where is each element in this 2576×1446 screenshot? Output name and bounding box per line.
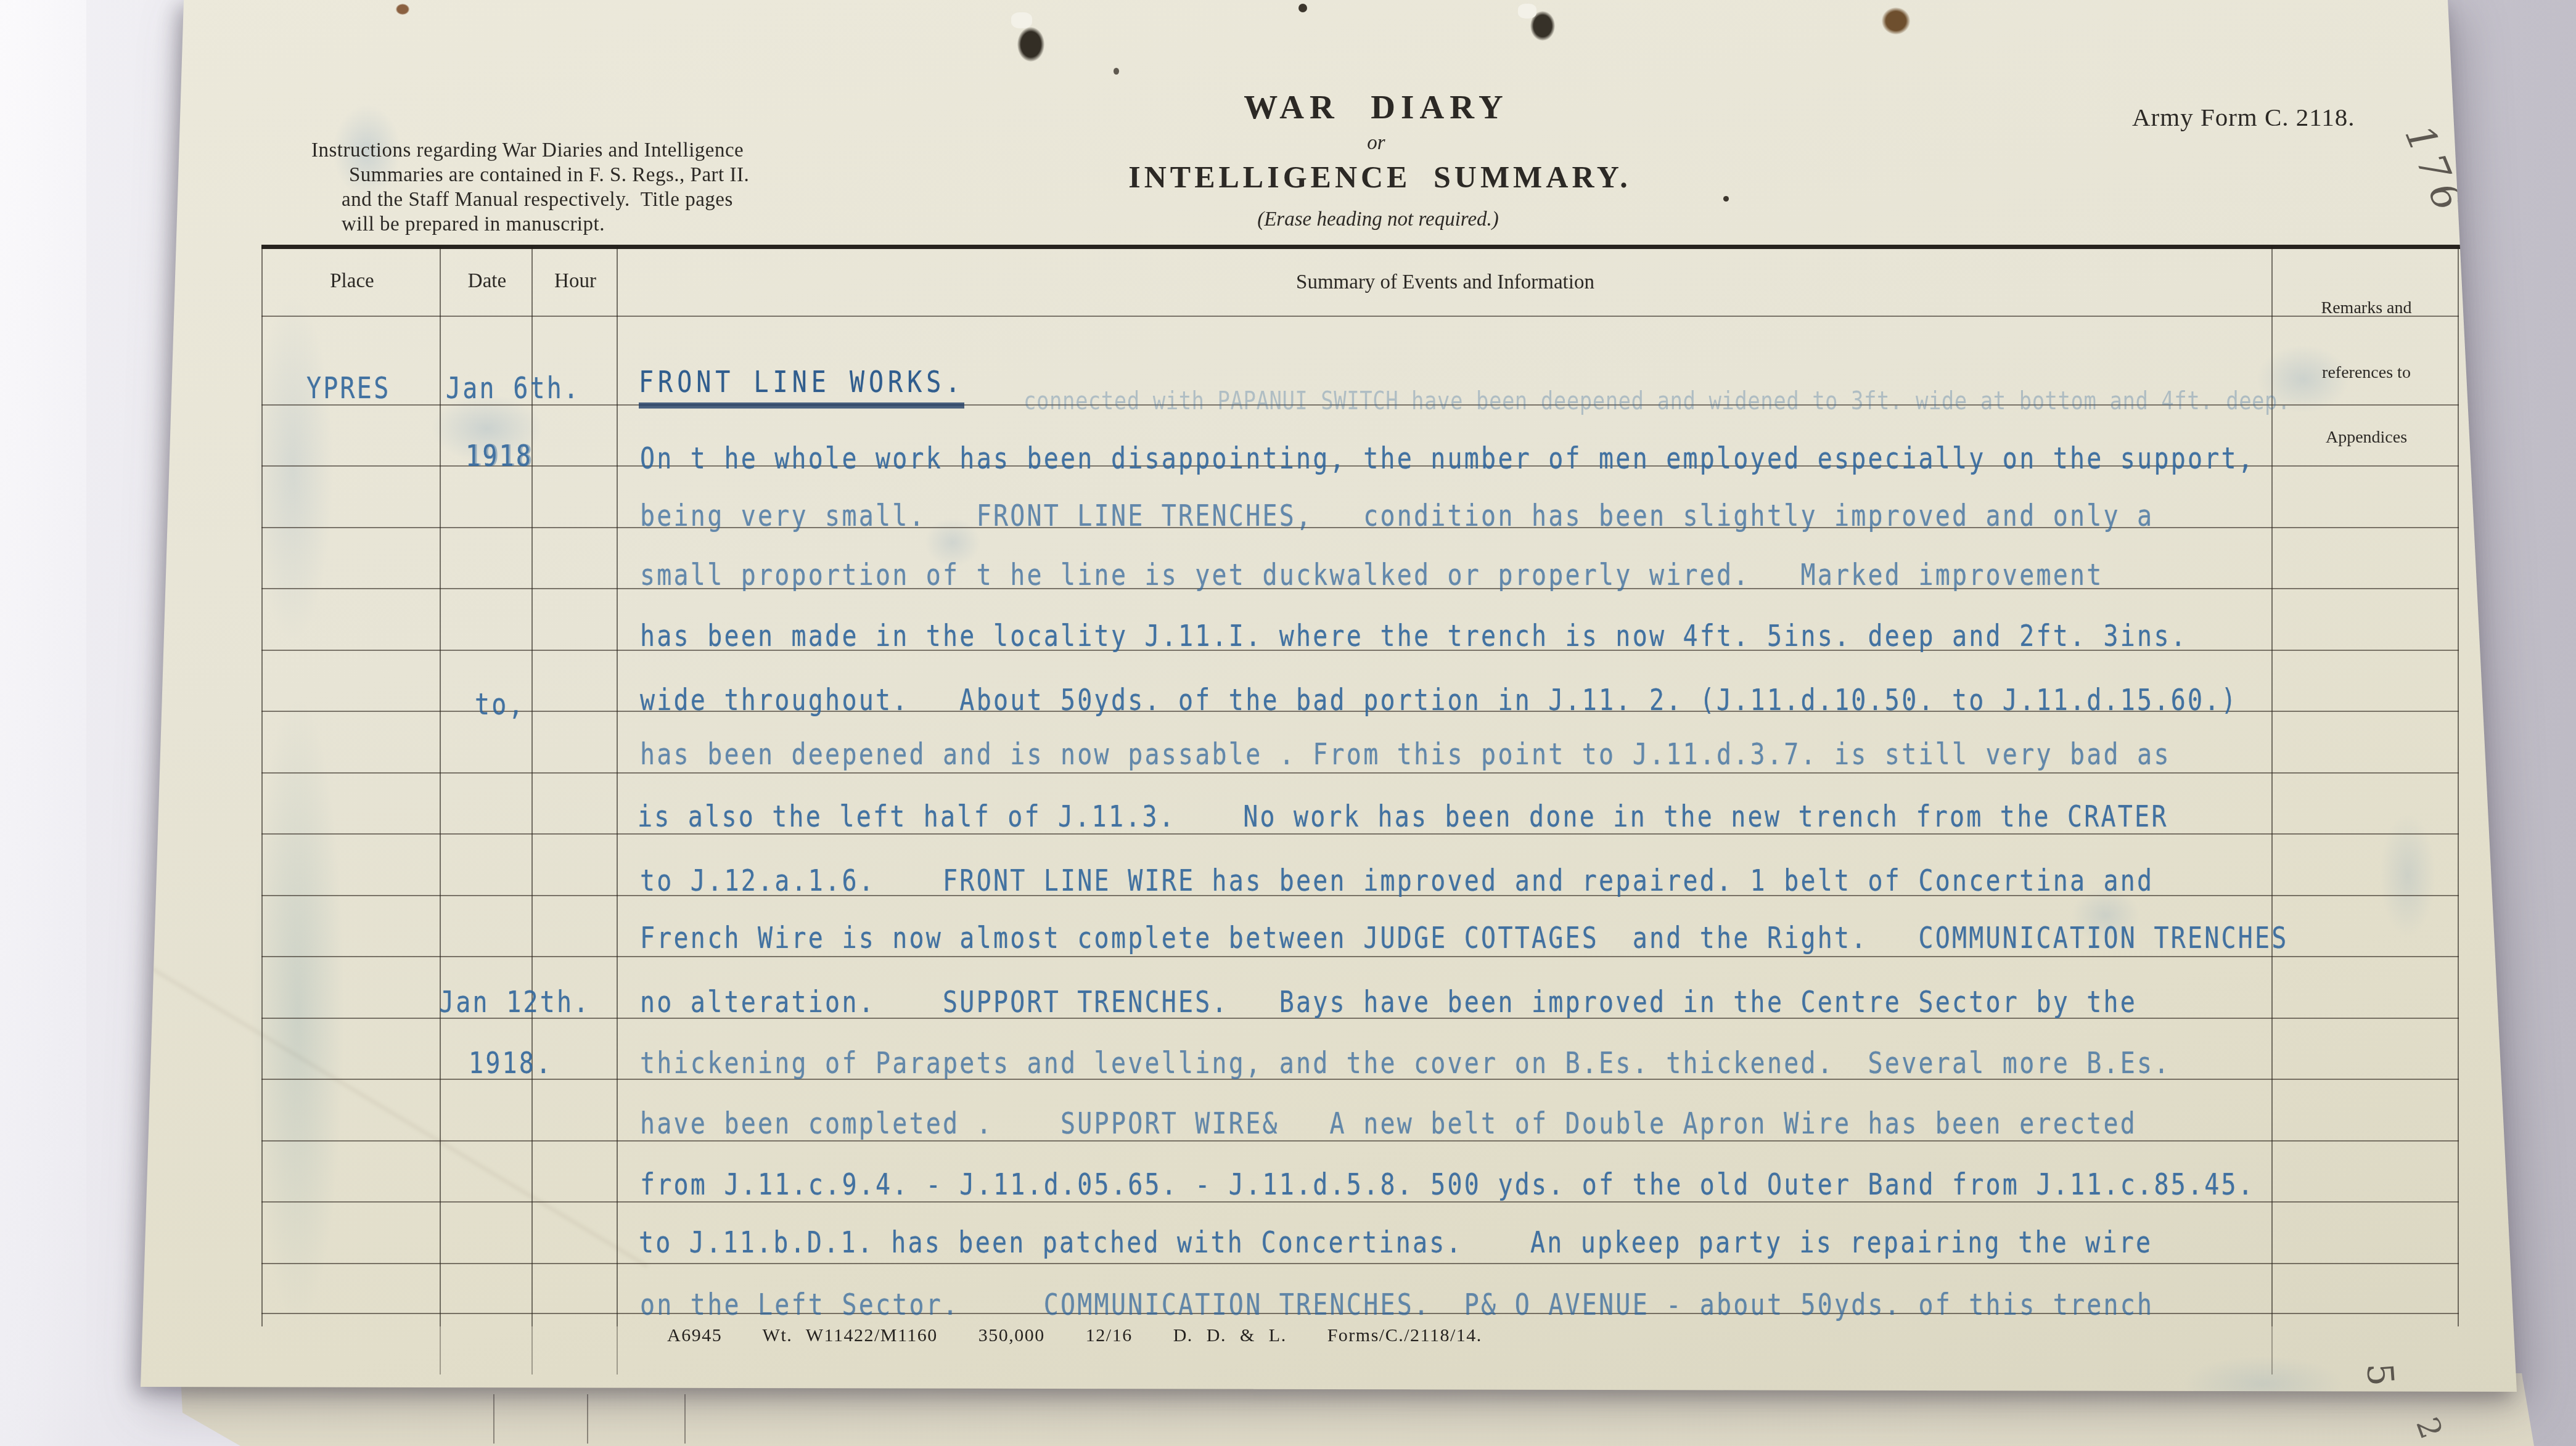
ink-speck bbox=[1298, 4, 1307, 12]
column-header-summary: Summary of Events and Information bbox=[1296, 271, 1594, 294]
entry-line: have been completed . SUPPORT WIRE& A ne… bbox=[640, 1106, 2137, 1141]
date-cell: 1918. bbox=[469, 1046, 552, 1080]
entry-line: wide throughout. About 50yds. of the bad… bbox=[640, 683, 2238, 717]
entry-line: from J.11.c.9.4. - J.11.d.05.65. - J.11.… bbox=[640, 1167, 2255, 1202]
ink-smudge bbox=[253, 296, 333, 641]
column-line-stub bbox=[2271, 1326, 2273, 1375]
row-rule bbox=[261, 1263, 2459, 1264]
paper-tear bbox=[1011, 12, 1032, 28]
carbon-ghost-text: connected with PAPANUI SWITCH have been … bbox=[1023, 386, 2291, 416]
remarks-line: Remarks and bbox=[2321, 297, 2412, 319]
photograph-of-war-diary-page: 2 Instructions regarding War Diaries and… bbox=[0, 0, 2576, 1446]
column-header-hour: Hour bbox=[554, 270, 596, 293]
erase-heading-note: (Erase heading not required.) bbox=[1257, 208, 1499, 231]
instructions-line: and the Staff Manual respectively. Title… bbox=[342, 189, 733, 211]
row-rule bbox=[261, 772, 2459, 774]
column-header-place: Place bbox=[330, 270, 374, 293]
entry-line: on the Left Sector. COMMUNICATION TRENCH… bbox=[640, 1288, 2154, 1322]
entry-line: is also the left half of J.11.3. No work… bbox=[638, 799, 2168, 834]
column-line-place-date bbox=[440, 247, 441, 1326]
handwritten-corner-number: 5 bbox=[2358, 1362, 2402, 1387]
instructions-line: Summaries are contained in F. S. Regs., … bbox=[349, 164, 749, 187]
column-line-stub bbox=[440, 1326, 441, 1375]
table-border-right bbox=[2458, 247, 2459, 1326]
ink-speck bbox=[1723, 196, 1729, 202]
date-cell: 1918 bbox=[466, 439, 533, 473]
war-diary-sheet: Instructions regarding War Diaries and I… bbox=[0, 0, 2576, 1446]
handwritten-page-number: 176 bbox=[2395, 119, 2473, 223]
paper-tear bbox=[1518, 4, 1536, 18]
remarks-line: Appendices bbox=[2321, 427, 2412, 448]
column-line-hour-summary bbox=[617, 247, 618, 1326]
column-line-stub bbox=[617, 1326, 618, 1375]
table-border-left bbox=[261, 247, 263, 1326]
rust-speck bbox=[396, 4, 409, 15]
entry-line: thickening of Parapets and levelling, an… bbox=[640, 1046, 2171, 1080]
table-top-rule bbox=[261, 245, 2460, 249]
army-form-number: Army Form C. 2118. bbox=[2132, 102, 2355, 132]
ink-speck bbox=[1114, 68, 1119, 75]
entry-heading: FRONT LINE WORKS. bbox=[639, 365, 964, 409]
instructions-line: Instructions regarding War Diaries and I… bbox=[311, 139, 744, 162]
entry-line: being very small. FRONT LINE TRENCHES, c… bbox=[640, 499, 2154, 533]
entry-line: French Wire is now almost complete betwe… bbox=[640, 921, 2289, 955]
remarks-line: references to bbox=[2321, 362, 2412, 383]
column-header-date: Date bbox=[468, 270, 506, 293]
column-line-date-hour bbox=[531, 247, 533, 1326]
column-line-stub bbox=[531, 1326, 533, 1375]
column-header-remarks: Remarks and references to Appendices bbox=[2321, 254, 2412, 491]
torn-hole-rust bbox=[1882, 7, 1910, 35]
form-subtitle: INTELLIGENCE SUMMARY. bbox=[1128, 159, 1631, 195]
entry-line: has been made in the locality J.11.I. wh… bbox=[640, 619, 2188, 653]
row-rule bbox=[261, 956, 2459, 957]
entry-line: to J.12.a.1.6. FRONT LINE WIRE has been … bbox=[640, 864, 2154, 898]
form-title: WAR DIARY bbox=[1244, 88, 1508, 126]
place-cell: YPRES bbox=[306, 371, 390, 406]
entry-line: no alteration. SUPPORT TRENCHES. Bays ha… bbox=[640, 985, 2137, 1019]
punch-hole bbox=[1017, 27, 1044, 62]
date-cell: Jan 12th. bbox=[439, 985, 591, 1019]
instructions-line: will be prepared in manuscript. bbox=[342, 213, 605, 236]
ink-smudge bbox=[2380, 814, 2435, 937]
entry-line: to J.11.b.D.1. has been patched with Con… bbox=[639, 1225, 2152, 1260]
form-title-or: or bbox=[1367, 132, 1385, 155]
ink-smudge bbox=[2183, 1356, 2343, 1411]
paper-wrap: Instructions regarding War Diaries and I… bbox=[0, 0, 2576, 1446]
entry-line: small proportion of t he line is yet duc… bbox=[640, 558, 2104, 592]
printers-imprint: A6945 Wt. W11422/M1160 350,000 12/16 D. … bbox=[667, 1325, 1482, 1346]
date-cell: Jan 6th. bbox=[446, 371, 580, 406]
entry-line: On t he whole work has been disappointin… bbox=[640, 441, 2255, 476]
underlined-heading: FRONT LINE WORKS. bbox=[639, 365, 964, 409]
ink-smudge bbox=[252, 696, 344, 1325]
header-separator-rule bbox=[261, 316, 2459, 317]
date-cell: to, bbox=[475, 687, 525, 722]
entry-line: has been deepened and is now passable . … bbox=[640, 737, 2171, 772]
